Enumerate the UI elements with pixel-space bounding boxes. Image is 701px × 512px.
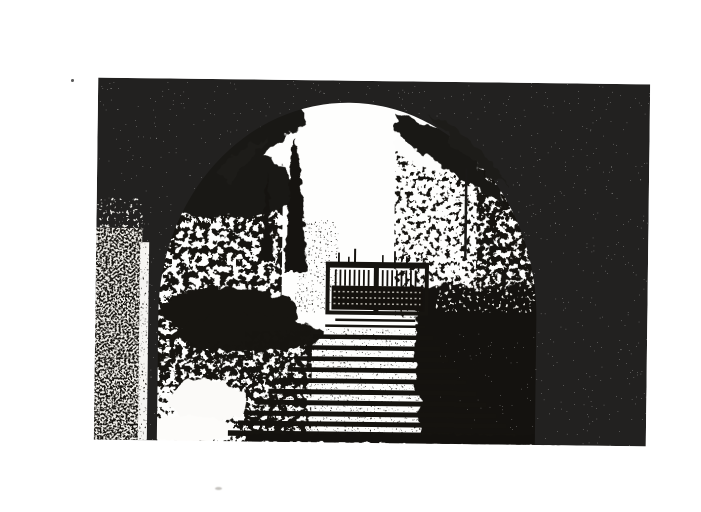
toner-speck xyxy=(71,79,74,82)
toner-smudge xyxy=(215,487,222,490)
scanned-page xyxy=(0,0,701,512)
stair-texture xyxy=(274,328,485,443)
gate-lower-panel xyxy=(331,286,422,311)
halftone-photo xyxy=(94,78,650,447)
left-pillar xyxy=(94,198,150,441)
rocks xyxy=(140,340,288,443)
